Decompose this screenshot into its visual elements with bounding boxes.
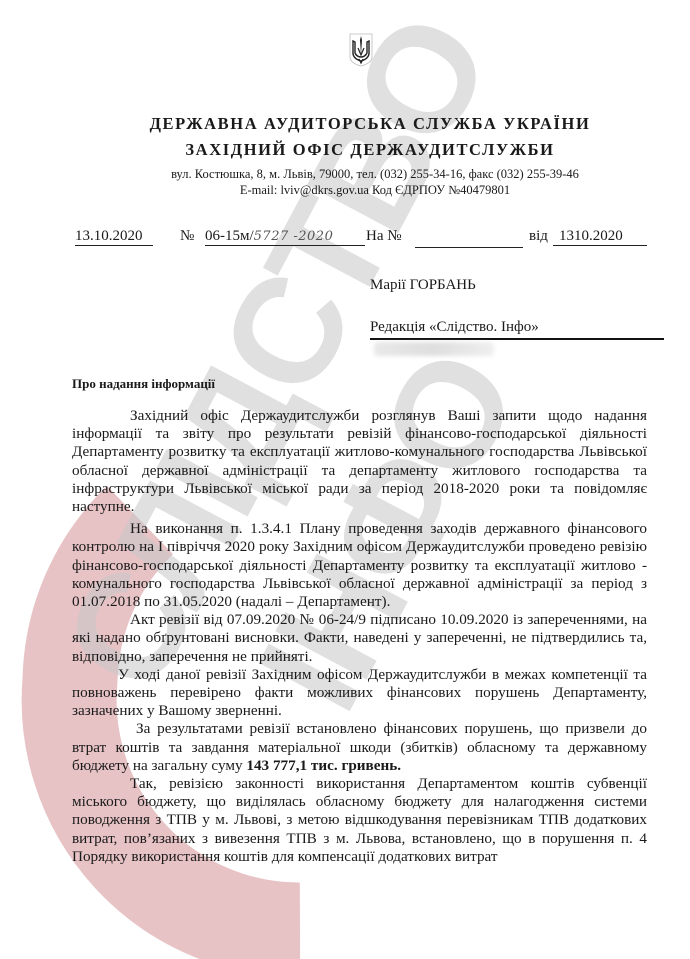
recipient-name: Марії ГОРБАНЬ [370, 277, 476, 294]
document-page: СЛІДСТВО ІНФО ДЕРЖАВНА АУДИТОРСЬКА СЛУЖБ… [0, 0, 690, 959]
paragraph-2: На виконання п. 1.3.4.1 Плану проведення… [72, 520, 647, 611]
outgoing-date: 13.10.2020 [75, 228, 153, 246]
ref-date: 1310.2020 [553, 228, 647, 246]
contact-line: E-mail: lviv@dkrs.gov.ua Код ЄДРПОУ №404… [0, 183, 690, 198]
paragraph-6: Так, ревізією законності використання Де… [72, 775, 647, 866]
office-title: ЗАХІДНИЙ ОФІС ДЕРЖАУДИТСЛУЖБИ [0, 140, 690, 160]
paragraph-1: Західний офіс Держаудитслужби розглянув … [72, 407, 647, 516]
ref-number [415, 228, 523, 248]
address-line: вул. Костюшка, 8, м. Львів, 79000, тел. … [0, 167, 690, 182]
handwritten-number: 5727 -2020 [254, 229, 334, 244]
outgoing-number: 06-15м/5727 -2020 [205, 228, 365, 246]
paragraph-3: Акт ревізії від 07.09.2020 № 06-24/9 під… [72, 611, 647, 666]
paragraph-4: У ході даної ревізії Західним офісом Дер… [72, 666, 647, 721]
redacted-email [374, 342, 494, 356]
org-title: ДЕРЖАВНА АУДИТОРСЬКА СЛУЖБА УКРАЇНИ [0, 114, 690, 134]
from-label: від [529, 228, 548, 245]
registration-line: 13.10.2020 № 06-15м/5727 -2020 На № від … [70, 228, 650, 250]
letter-body: Західний офіс Держаудитслужби розглянув … [72, 407, 647, 866]
paragraph-5: За результатами ревізії встановлено фіна… [72, 720, 647, 775]
recipient-organization: Редакція «Слідство. Інфо» [370, 319, 664, 340]
total-sum: 143 777,1 тис. гривень. [246, 757, 401, 774]
ref-label: На № [366, 228, 402, 245]
subject-line: Про надання інформації [72, 376, 215, 392]
trident-coat-of-arms-icon [349, 33, 373, 67]
number-label: № [180, 228, 194, 245]
